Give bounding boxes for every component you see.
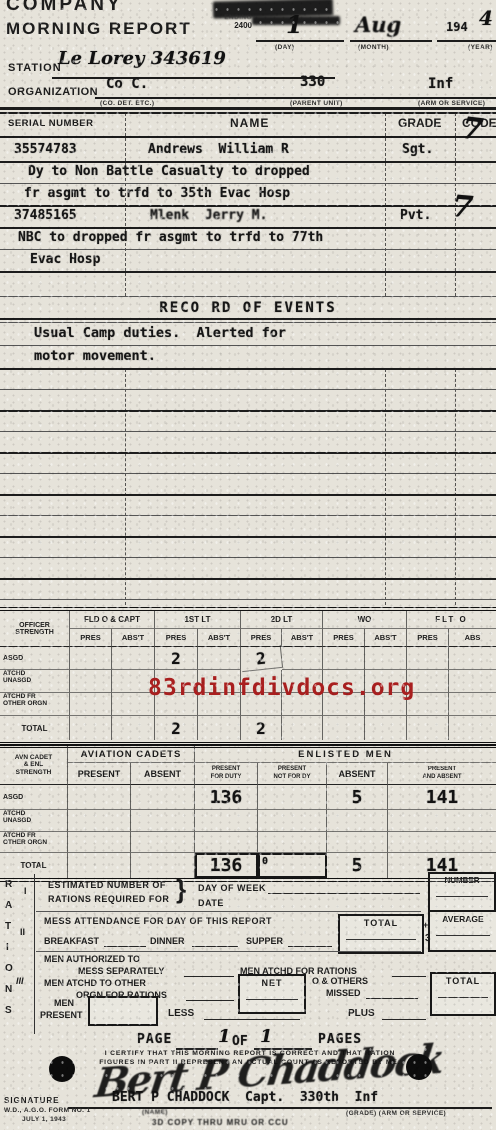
supper-label: SUPPER (246, 936, 283, 946)
org-arm-entry: Inf (428, 76, 453, 92)
officer-corner-label2: STRENGTH (15, 629, 54, 636)
month-entry: Aug (355, 12, 401, 37)
page-label: PAGE (137, 1032, 172, 1047)
enlisted-group-enl: ENLISTED MEN (195, 746, 496, 763)
events-rule-2 (0, 322, 496, 323)
supper-rule (288, 946, 332, 947)
roster-row-rule (0, 271, 496, 273)
number-box: NUMBER (428, 872, 496, 912)
punch-hole (49, 1056, 75, 1082)
copy-routing-note: 3D COPY THRU MRU OR CCU (152, 1118, 289, 1127)
men-atchd-rule (392, 976, 426, 977)
rations-letter: T (5, 921, 11, 932)
officer-sub-pres: PRES (407, 629, 449, 647)
company-label: COMPANY (6, 0, 123, 16)
roster-note: NBC to dropped fr asgmt to trfd to 77th (18, 230, 323, 245)
form-number-line2: JULY 1, 1943 (22, 1116, 66, 1123)
roster-serial: 35574783 (14, 142, 77, 157)
officer-total-2lt-pres: 2 (241, 716, 282, 740)
ruled-line (0, 515, 496, 516)
plus-label: PLUS (348, 1008, 375, 1019)
officer-group-2lt: 2D LT (241, 611, 323, 629)
brace-glyph: } (176, 874, 186, 905)
rations-letter: A (5, 900, 12, 911)
ruled-line (0, 452, 496, 454)
roster-row-rule (0, 249, 496, 250)
officer-sub-abst: ABS'T (198, 629, 241, 647)
rations-total-box: TOTAL (430, 972, 496, 1016)
enlisted-total-notdy: 0 (258, 853, 327, 878)
enlisted-total-absent: 5 (327, 853, 388, 878)
day-sublabel: (DAY) (275, 44, 294, 51)
year-printed: 194 (446, 20, 468, 34)
form-number-line1: W.D., A.G.O. FORM NO. 1 (4, 1107, 91, 1114)
enlisted-asgd-absent: 5 (327, 785, 388, 810)
page-number: 1 (218, 1026, 231, 1047)
year-rule (437, 40, 496, 42)
enlisted-sub-abs: ABSENT (327, 763, 388, 785)
roster-grade: Pvt. (400, 208, 431, 223)
ruled-line (0, 536, 496, 538)
org-unit-sublabel: (CO. DET. ETC.) (100, 100, 154, 107)
enlisted-sub-absent: ABSENT (131, 763, 195, 785)
officer-sub-pres: PRES (155, 629, 198, 647)
ruled-line (0, 557, 496, 558)
officer-sub-abst: ABS'T (282, 629, 323, 647)
enlisted-sub-duty: PRESENT (212, 766, 240, 773)
events-bottom-rule (0, 368, 496, 370)
ruled-line (0, 494, 496, 496)
roster-header-rule (0, 136, 496, 138)
officer-asgd-2lt-pres: 2 (240, 645, 283, 672)
rations-sec2-numeral: II (20, 927, 25, 937)
o-and-others-label: O & OTHERS (312, 976, 368, 986)
enlisted-row-atchd-unasgd: ATCHD (3, 810, 25, 817)
officer-corner-label: OFFICER (19, 622, 50, 629)
enlisted-corner-label: AVN CADET (15, 754, 52, 761)
less-label: LESS (168, 1008, 194, 1019)
year-entry: 4 (479, 6, 493, 30)
blank-col-divider (125, 369, 126, 605)
ruled-line (0, 599, 496, 600)
blank-col-divider (385, 369, 386, 605)
rations-letter: O (5, 963, 13, 974)
enlisted-asgd-duty: 136 (195, 785, 258, 810)
rations-letter: N (5, 984, 12, 995)
year-sublabel: (YEAR) (468, 44, 493, 51)
rations-letter: S (5, 1005, 12, 1016)
present-label: PRESENT (40, 1010, 83, 1020)
organization-rule (95, 97, 496, 99)
events-rule (0, 318, 496, 320)
form-title: MORNING REPORT (6, 19, 192, 39)
header-divider (0, 107, 496, 110)
officer-sub-abst: ABS'T (365, 629, 407, 647)
day-rule (256, 40, 344, 42)
enlisted-sub-presabs: PRESENT (428, 766, 456, 773)
roster-row-rule (0, 227, 496, 229)
ending-label: ENDING (208, 14, 252, 21)
enlisted-row-asgd: ASGD (0, 785, 68, 810)
record-of-events-title: RECO RD OF EVENTS (0, 300, 496, 316)
roster-row-rule (0, 183, 496, 184)
grade-arm-sublabel: (GRADE) (ARM OR SERVICE) (346, 1110, 446, 1117)
officer-group-1lt: 1ST LT (155, 611, 241, 629)
roster-note: Dy to Non Battle Casualty to dropped (28, 164, 310, 179)
enlisted-strength-table: AVN CADET & ENL STRENGTH AVIATION CADETS… (0, 742, 496, 882)
enlisted-sub-present: PRESENT (68, 763, 131, 785)
officer-sub-abs: ABS (449, 629, 496, 647)
rations-estimated-line2: RATIONS REQUIRED FOR (48, 894, 169, 904)
station-rule (52, 77, 335, 79)
ruled-line (0, 410, 496, 412)
roster-col-name: NAME (230, 116, 269, 130)
mess-attendance-label: MESS ATTENDANCE FOR DAY OF THIS REPORT (44, 916, 272, 926)
roster-row-rule (0, 161, 496, 163)
org-parent-entry: 330 (300, 74, 325, 90)
roster-code-entry: 7 (460, 111, 485, 148)
roster-grade: Sgt. (402, 142, 433, 157)
officer-asgd-1lt-pres: 2 (155, 647, 198, 670)
ending-2400-label: 2400 (208, 21, 252, 30)
missed-label: MISSED (326, 988, 361, 998)
breakfast-rule (104, 946, 146, 947)
month-sublabel: (MONTH) (358, 44, 389, 51)
average-box: AVERAGE (428, 910, 496, 952)
roster-serial: 37485165 (14, 208, 77, 223)
enlisted-asgd-presabs: 141 (388, 785, 496, 810)
rations-sec2-rule (36, 951, 421, 952)
roster-code-entry: 7 (451, 189, 475, 226)
missed-rule (366, 998, 418, 999)
roster-note: Evac Hosp (30, 252, 100, 267)
org-parent-sublabel: (PARENT UNIT) (290, 100, 343, 107)
mess-separately-label: MESS SEPARATELY (78, 966, 164, 976)
dinner-rule (192, 946, 238, 947)
blank-col-divider (455, 369, 456, 605)
roster-row-rule (0, 205, 496, 207)
rations-sec1-numeral: I (24, 886, 27, 896)
dinner-label: DINNER (150, 936, 185, 946)
breakfast-label: BREAKFAST (44, 936, 99, 946)
org-arm-sublabel: (ARM OR SERVICE) (418, 100, 485, 107)
rations-letter: R (5, 879, 12, 890)
mess-separately-rule (184, 976, 234, 977)
day-of-week-rule (268, 893, 420, 894)
month-rule (350, 40, 432, 42)
roster-name: Andrews William R (148, 142, 289, 157)
plus-rule (382, 1019, 426, 1020)
events-row-rule (0, 345, 496, 346)
roster-row-rule (0, 296, 496, 297)
rations-estimated-line1: ESTIMATED NUMBER OF (48, 880, 166, 890)
rations-letter: I (6, 942, 9, 953)
station-entry: Le Lorey 343619 (58, 48, 226, 69)
events-line: motor movement. (34, 348, 156, 364)
roster-col-serial: SERIAL NUMBER (8, 118, 94, 129)
ruled-line (0, 473, 496, 474)
officer-sub-abst: ABS'T (112, 629, 155, 647)
officer-sub-pres: PRES (323, 629, 365, 647)
archive-watermark: 83rdinfdivdocs.org (148, 675, 415, 701)
signature-label: SIGNATURE (4, 1096, 60, 1105)
header-divider-2 (0, 112, 496, 114)
events-line: Usual Camp duties. Alerted for (34, 325, 286, 341)
officer-row-asgd: ASGD (0, 647, 70, 670)
officer-group-fldo: FLD O & CAPT (70, 611, 155, 629)
pages-number: 1 (260, 1026, 273, 1047)
name-sublabel: (NAME) (142, 1109, 168, 1116)
men-label: MEN (54, 998, 74, 1008)
officer-row-atchd-unasgd: ATCHD (3, 670, 25, 677)
org-unit-entry: Co C. (106, 76, 148, 92)
men-present-box (88, 996, 158, 1026)
roster-note: fr asgmt to trfd to 35th Evac Hosp (24, 186, 290, 201)
enlisted-total-duty: 136 (195, 853, 258, 878)
officer-row-total: TOTAL (0, 716, 70, 740)
officer-sub-pres: PRES (70, 629, 112, 647)
rations-sec3-numeral: III (16, 976, 24, 986)
officer-sub-pres: PRES (241, 629, 282, 647)
of-label: OF (232, 1034, 248, 1049)
day-entry: 1 (286, 10, 303, 39)
morning-report-scan: COMPANY MORNING REPORT ENDING 2400 1 Aug… (0, 0, 496, 1130)
men-atchd-other-label: MEN ATCHD TO OTHER (44, 978, 146, 988)
station-label: STATION (8, 62, 62, 74)
rations-date-label: DATE (198, 898, 224, 908)
net-box: NET (238, 974, 306, 1014)
officer-group-wo: WO (323, 611, 407, 629)
rations-divider (34, 874, 35, 1034)
orgn-rations-rule (186, 1000, 234, 1001)
roster-col-grade: GRADE (398, 116, 441, 130)
enlisted-sub-notdy: PRESENT (278, 766, 306, 773)
ruled-line (0, 578, 496, 580)
less-rule (204, 1019, 300, 1020)
rations-day-of-week-label: DAY OF WEEK (198, 883, 266, 893)
rations-sec1-rule (36, 911, 421, 912)
officer-group-flto: FLT O (407, 611, 496, 629)
enlisted-row-atchd-other: ATCHD FR (3, 832, 36, 839)
ruled-line (0, 389, 496, 390)
organization-label: ORGANIZATION (8, 86, 98, 98)
officer-row-atchd-other: ATCHD FR (3, 693, 36, 700)
roster-name: Mlenk Jerry M. (150, 208, 267, 223)
mess-total-box: TOTAL (338, 914, 424, 954)
signature-rule (68, 1107, 492, 1109)
ruled-line (0, 431, 496, 432)
officer-total-1lt-pres: 2 (155, 716, 198, 740)
men-authorized-label: MEN AUTHORIZED TO (44, 954, 140, 964)
enlisted-group-avn: AVIATION CADETS (68, 746, 195, 763)
